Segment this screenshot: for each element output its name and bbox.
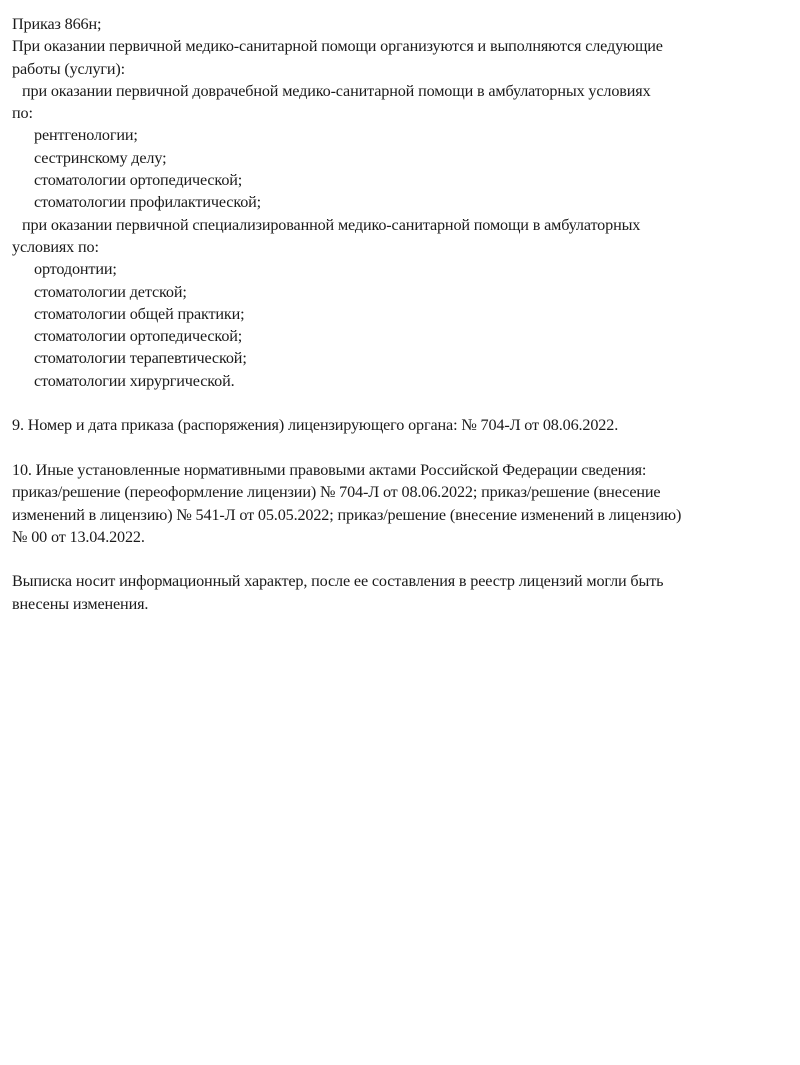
section-heading-continued: по:	[12, 102, 792, 124]
list-item: стоматологии профилактической;	[12, 191, 792, 213]
item-10-line: изменений в лицензию) № 541-Л от 05.05.2…	[12, 504, 792, 526]
item-10-line: 10. Иные установленные нормативными прав…	[12, 459, 792, 481]
item-9-order-number: 9. Номер и дата приказа (распоряжения) л…	[12, 414, 792, 436]
section-primary-pre-medical: при оказании первичной доврачебной медик…	[12, 80, 792, 214]
section-heading: при оказании первичной специализированно…	[12, 214, 792, 236]
paragraph-gap	[12, 437, 792, 459]
list-item: стоматологии детской;	[12, 281, 792, 303]
list-item: ортодонтии;	[12, 258, 792, 280]
list-item: стоматологии терапевтической;	[12, 347, 792, 369]
list-item: стоматологии хирургической.	[12, 370, 792, 392]
list-item: рентгенологии;	[12, 124, 792, 146]
document-page: Приказ 866н; При оказании первичной меди…	[12, 13, 792, 615]
list-item: стоматологии общей практики;	[12, 303, 792, 325]
list-item: стоматологии ортопедической;	[12, 325, 792, 347]
disclaimer: Выписка носит информационный характер, п…	[12, 570, 792, 615]
item-10-line: приказ/решение (переоформление лицензии)…	[12, 481, 792, 503]
intro-text-continued: работы (услуги):	[12, 58, 792, 80]
paragraph-gap	[12, 548, 792, 570]
order-reference: Приказ 866н;	[12, 13, 792, 35]
list-item: сестринскому делу;	[12, 147, 792, 169]
intro-text: При оказании первичной медико-санитарной…	[12, 35, 792, 57]
item-10-other-info: 10. Иные установленные нормативными прав…	[12, 459, 792, 548]
disclaimer-line: Выписка носит информационный характер, п…	[12, 570, 792, 592]
section-heading-continued: условиях по:	[12, 236, 792, 258]
disclaimer-line: внесены изменения.	[12, 593, 792, 615]
list-item: стоматологии ортопедической;	[12, 169, 792, 191]
section-heading: при оказании первичной доврачебной медик…	[12, 80, 792, 102]
item-10-line: № 00 от 13.04.2022.	[12, 526, 792, 548]
paragraph-gap	[12, 392, 792, 414]
section-primary-specialized: при оказании первичной специализированно…	[12, 214, 792, 392]
